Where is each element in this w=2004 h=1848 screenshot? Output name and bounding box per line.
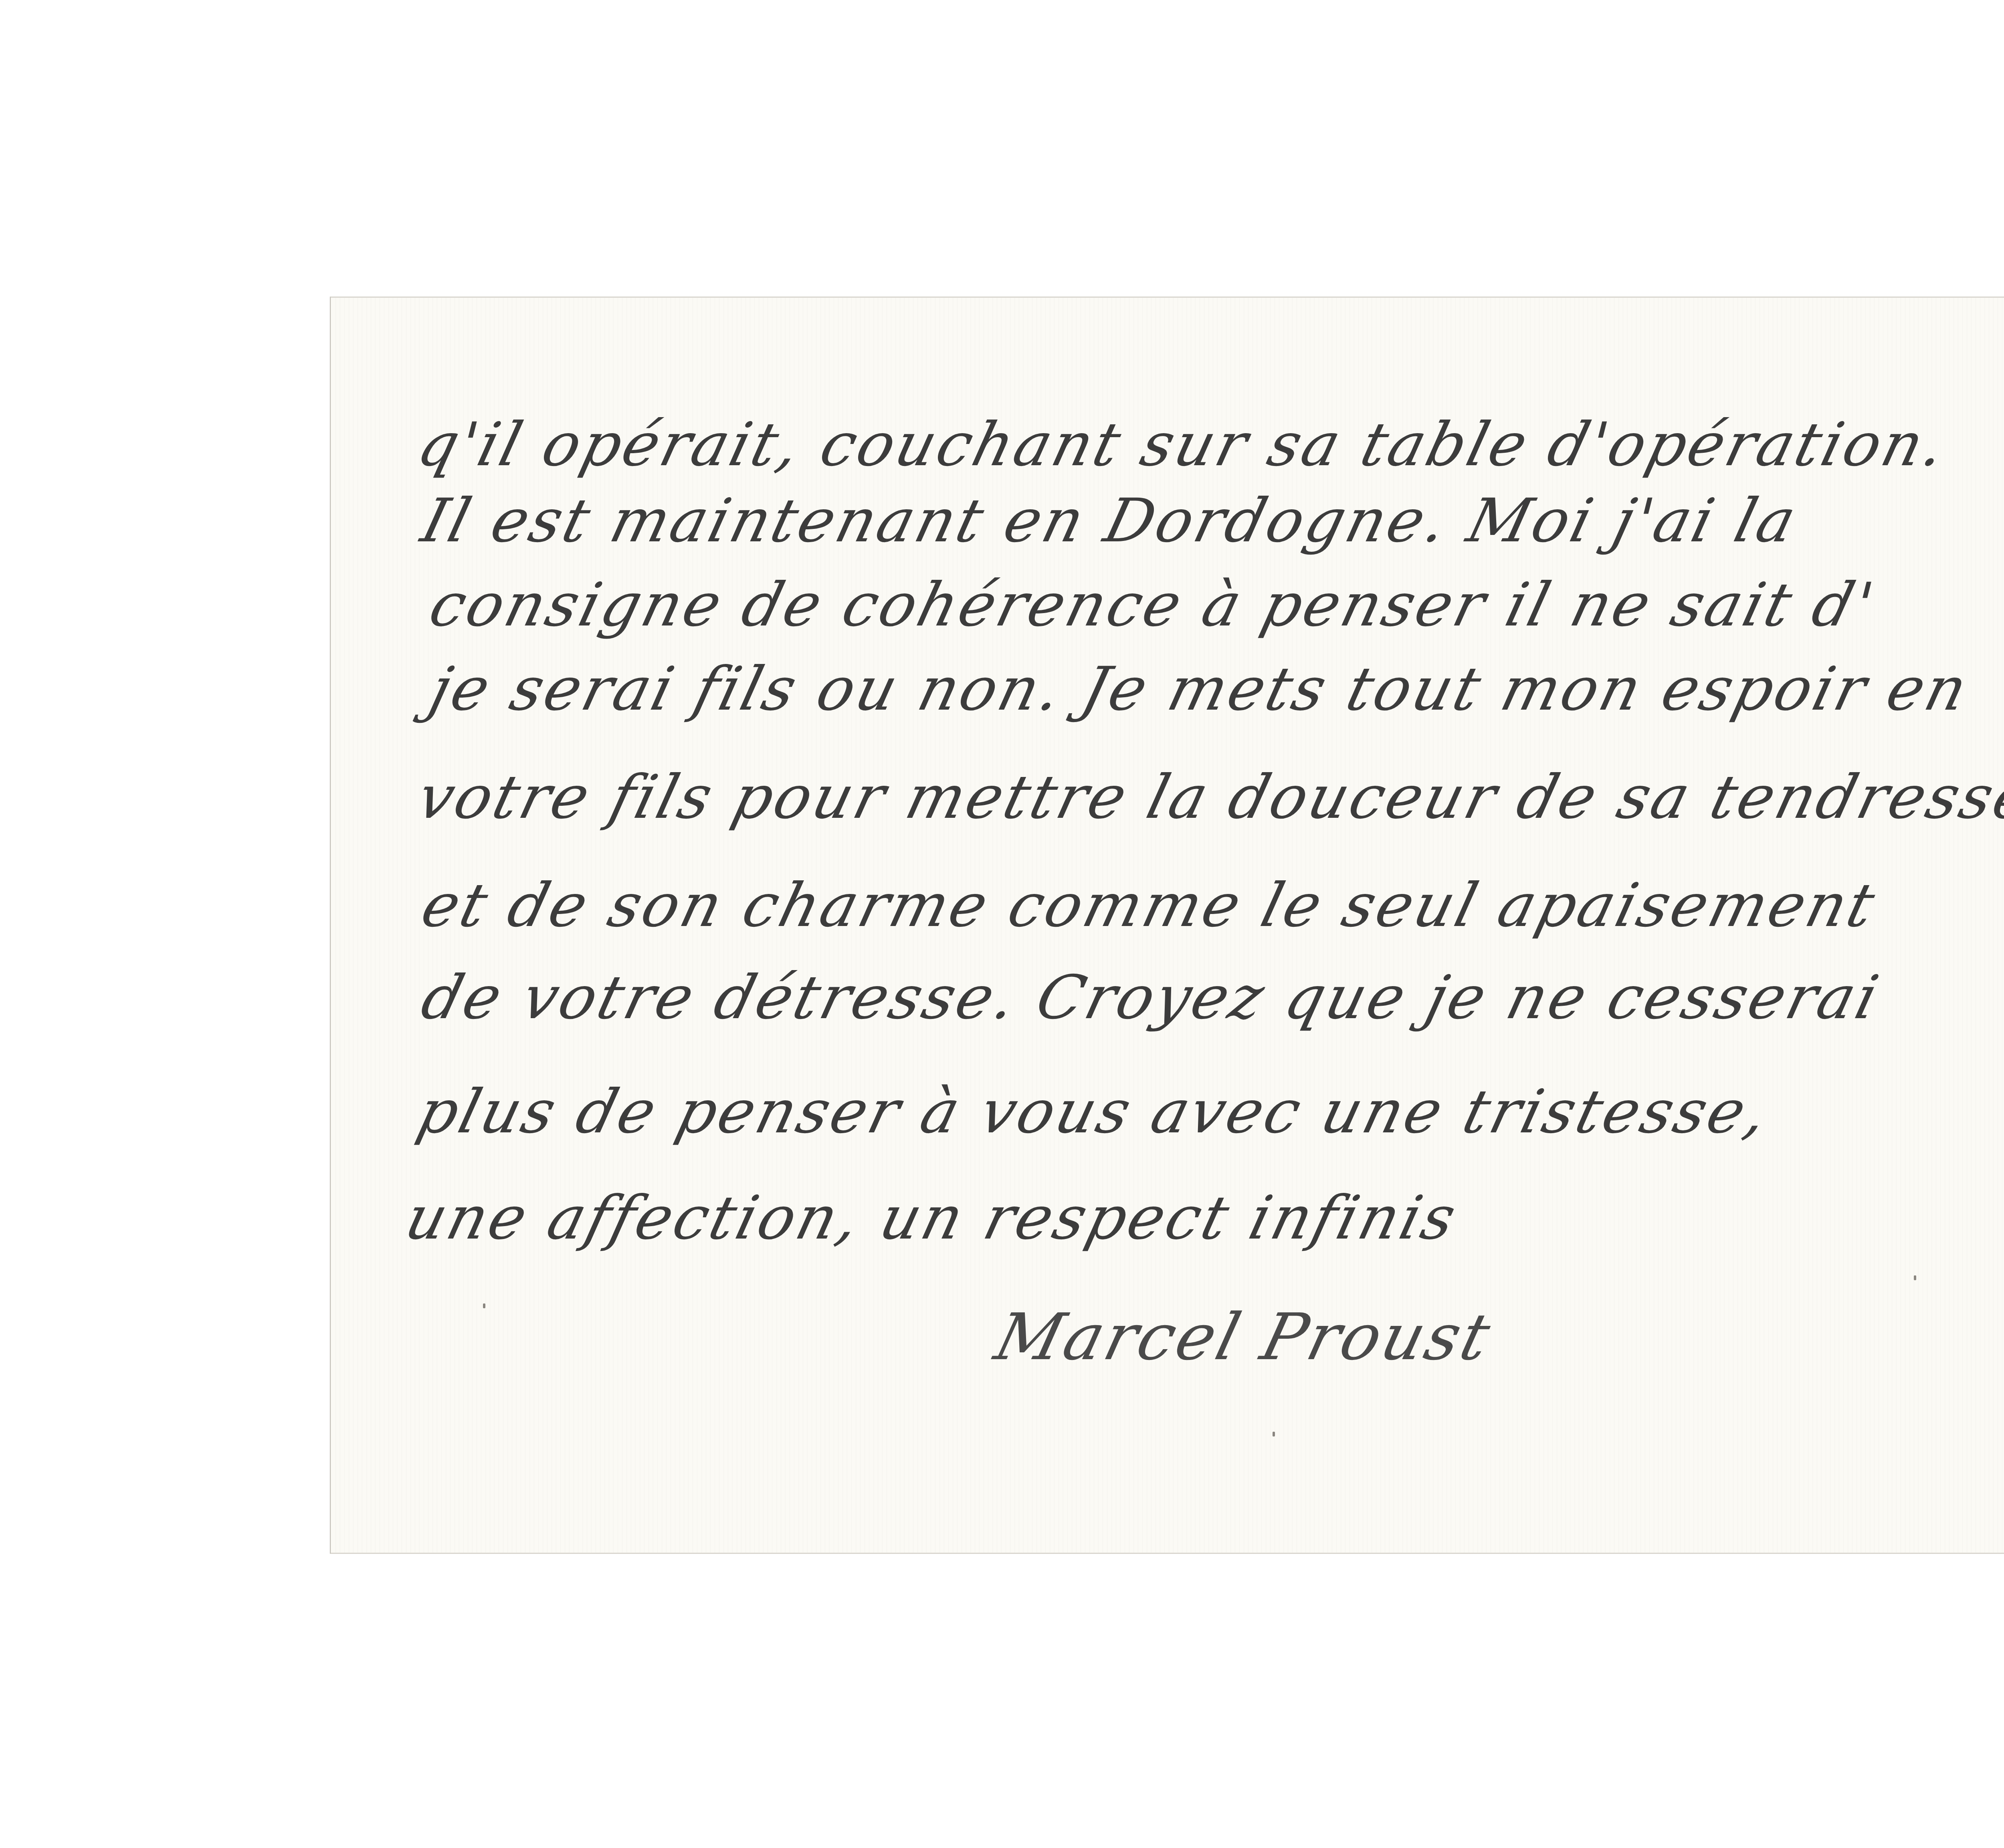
paper-speck: [1273, 1432, 1275, 1436]
letter-line-7: de votre détresse. Croyez que je ne cess…: [415, 963, 1887, 1033]
letter-line-3: consigne de cohérence à penser il ne sai…: [423, 570, 1883, 640]
letter-line-5: votre fils pour mettre la douceur de sa …: [411, 763, 2004, 832]
letter-line-2: Il est maintenant en Dordogne. Moi j'ai …: [415, 486, 1805, 556]
letter-card: q'il opérait, couchant sur sa table d'op…: [330, 297, 2004, 1554]
letter-line-9: une affection, un respect infinis: [399, 1183, 1465, 1253]
letter-line-8: plus de penser à vous avec une tristesse…: [411, 1077, 1777, 1147]
paper-speck: [483, 1303, 485, 1308]
letter-line-1: q'il opérait, couchant sur sa table d'op…: [411, 410, 1954, 480]
letter-line-6: et de son charme comme le seul apaisemen…: [415, 871, 1884, 940]
letter-line-4: je serai fils ou non. Je mets tout mon e…: [423, 654, 1976, 724]
signature: Marcel Proust: [988, 1299, 1500, 1374]
paper-speck: [1914, 1275, 1916, 1280]
